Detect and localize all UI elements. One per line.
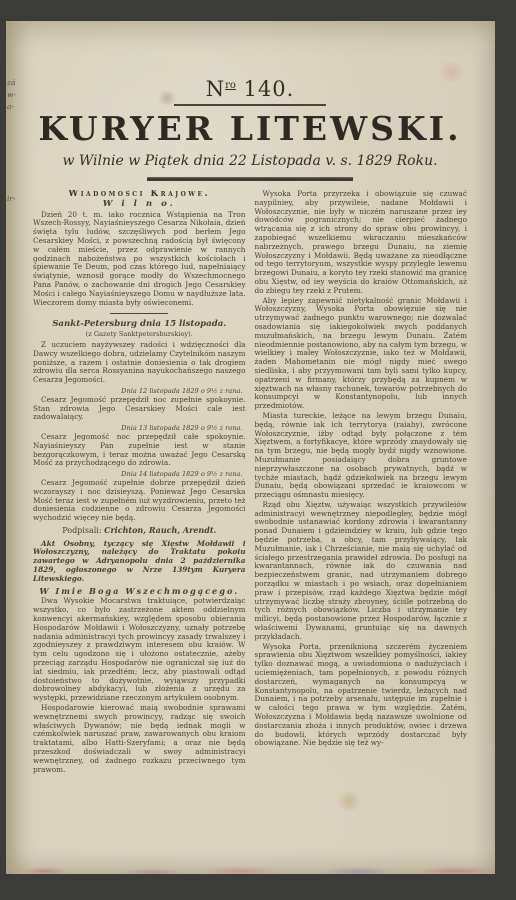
article-paragraph: Dwa Wysokie Mocarstwa traktuiące, potwie…: [33, 597, 246, 703]
article-paragraph: Rząd obu Xięztw, używaiąc wszystkich prz…: [255, 501, 468, 642]
invocation-heading: W Imie Boga Wszechmogącego.: [33, 587, 246, 596]
petersburg-heading: Sankt-Petersburg dnia 15 listopada.: [33, 320, 246, 329]
act-intro-paragraph: Akt Osobny, tyczący się Xięstw Mołdawii …: [33, 540, 246, 584]
article-paragraph: Hospodarowie kierować maią swobodnie spr…: [33, 704, 246, 774]
article-paragraph: Z uczuciem nayżywszey radości i wdzięczn…: [33, 341, 246, 385]
issue-rule: [174, 104, 326, 106]
article-paragraph: Wysoka Porta, przeniknioną szczerém życz…: [255, 643, 468, 749]
signature-names: Crichton, Rauch, Arendt.: [104, 525, 216, 535]
section-subheading: W i l n o.: [33, 200, 246, 209]
article-paragraph: Wysoka Porta przyrzeka i obowiązuie się …: [255, 190, 468, 296]
print-area: Nro 140. KURYER LITEWSKI. w Wilnie w Pią…: [6, 77, 495, 830]
section-divider-rule: [110, 313, 168, 314]
right-column: Wysoka Porta przyrzeka i obowiązuie się …: [255, 190, 468, 830]
article-paragraph: Cesarz Jegomość przepędził noc zupełnie …: [33, 396, 246, 422]
issue-number: Nro 140.: [33, 77, 467, 101]
source-note: (z Gazety Sanktpetersburskiey).: [33, 330, 246, 339]
article-paragraph: Aby lepiey zapewnić nietykalność granic …: [255, 297, 468, 411]
masthead-dateline: w Wilnie w Piątek dnia 22 Listopada v. s…: [33, 153, 467, 169]
masthead-title: KURYER LITEWSKI.: [33, 109, 467, 148]
newspaper-page: zá w- a- ir- Nro 140. KURYER LITEWSKI. w…: [6, 21, 495, 874]
left-column: Wiadomości Krajowe. W i l n o. Dzień 20 …: [33, 190, 246, 830]
signature-line: Podpisali: Crichton, Rauch, Arendt.: [33, 526, 246, 536]
signature-label: Podpisali:: [62, 526, 104, 535]
article-paragraph: Miasta tureckie, leżące na lewym brzegu …: [255, 412, 468, 500]
section-heading: Wiadomości Krajowe.: [33, 190, 246, 199]
issue-number-value: 140.: [236, 77, 294, 101]
issue-number-prefix: N: [206, 77, 225, 101]
issue-number-superscript: ro: [225, 80, 236, 91]
header-rule: [147, 177, 353, 181]
marbled-page-edge: [6, 865, 495, 874]
article-columns: Wiadomości Krajowe. W i l n o. Dzień 20 …: [33, 190, 467, 830]
article-paragraph: Cesarz Jegomość noc przepędził całe spok…: [33, 433, 246, 468]
article-paragraph: Dzień 20 t. m. iako rocznica Wstąpienia …: [33, 211, 246, 308]
article-paragraph: Cesarz Jegomość zupełnie dobrze przepędz…: [33, 479, 246, 523]
